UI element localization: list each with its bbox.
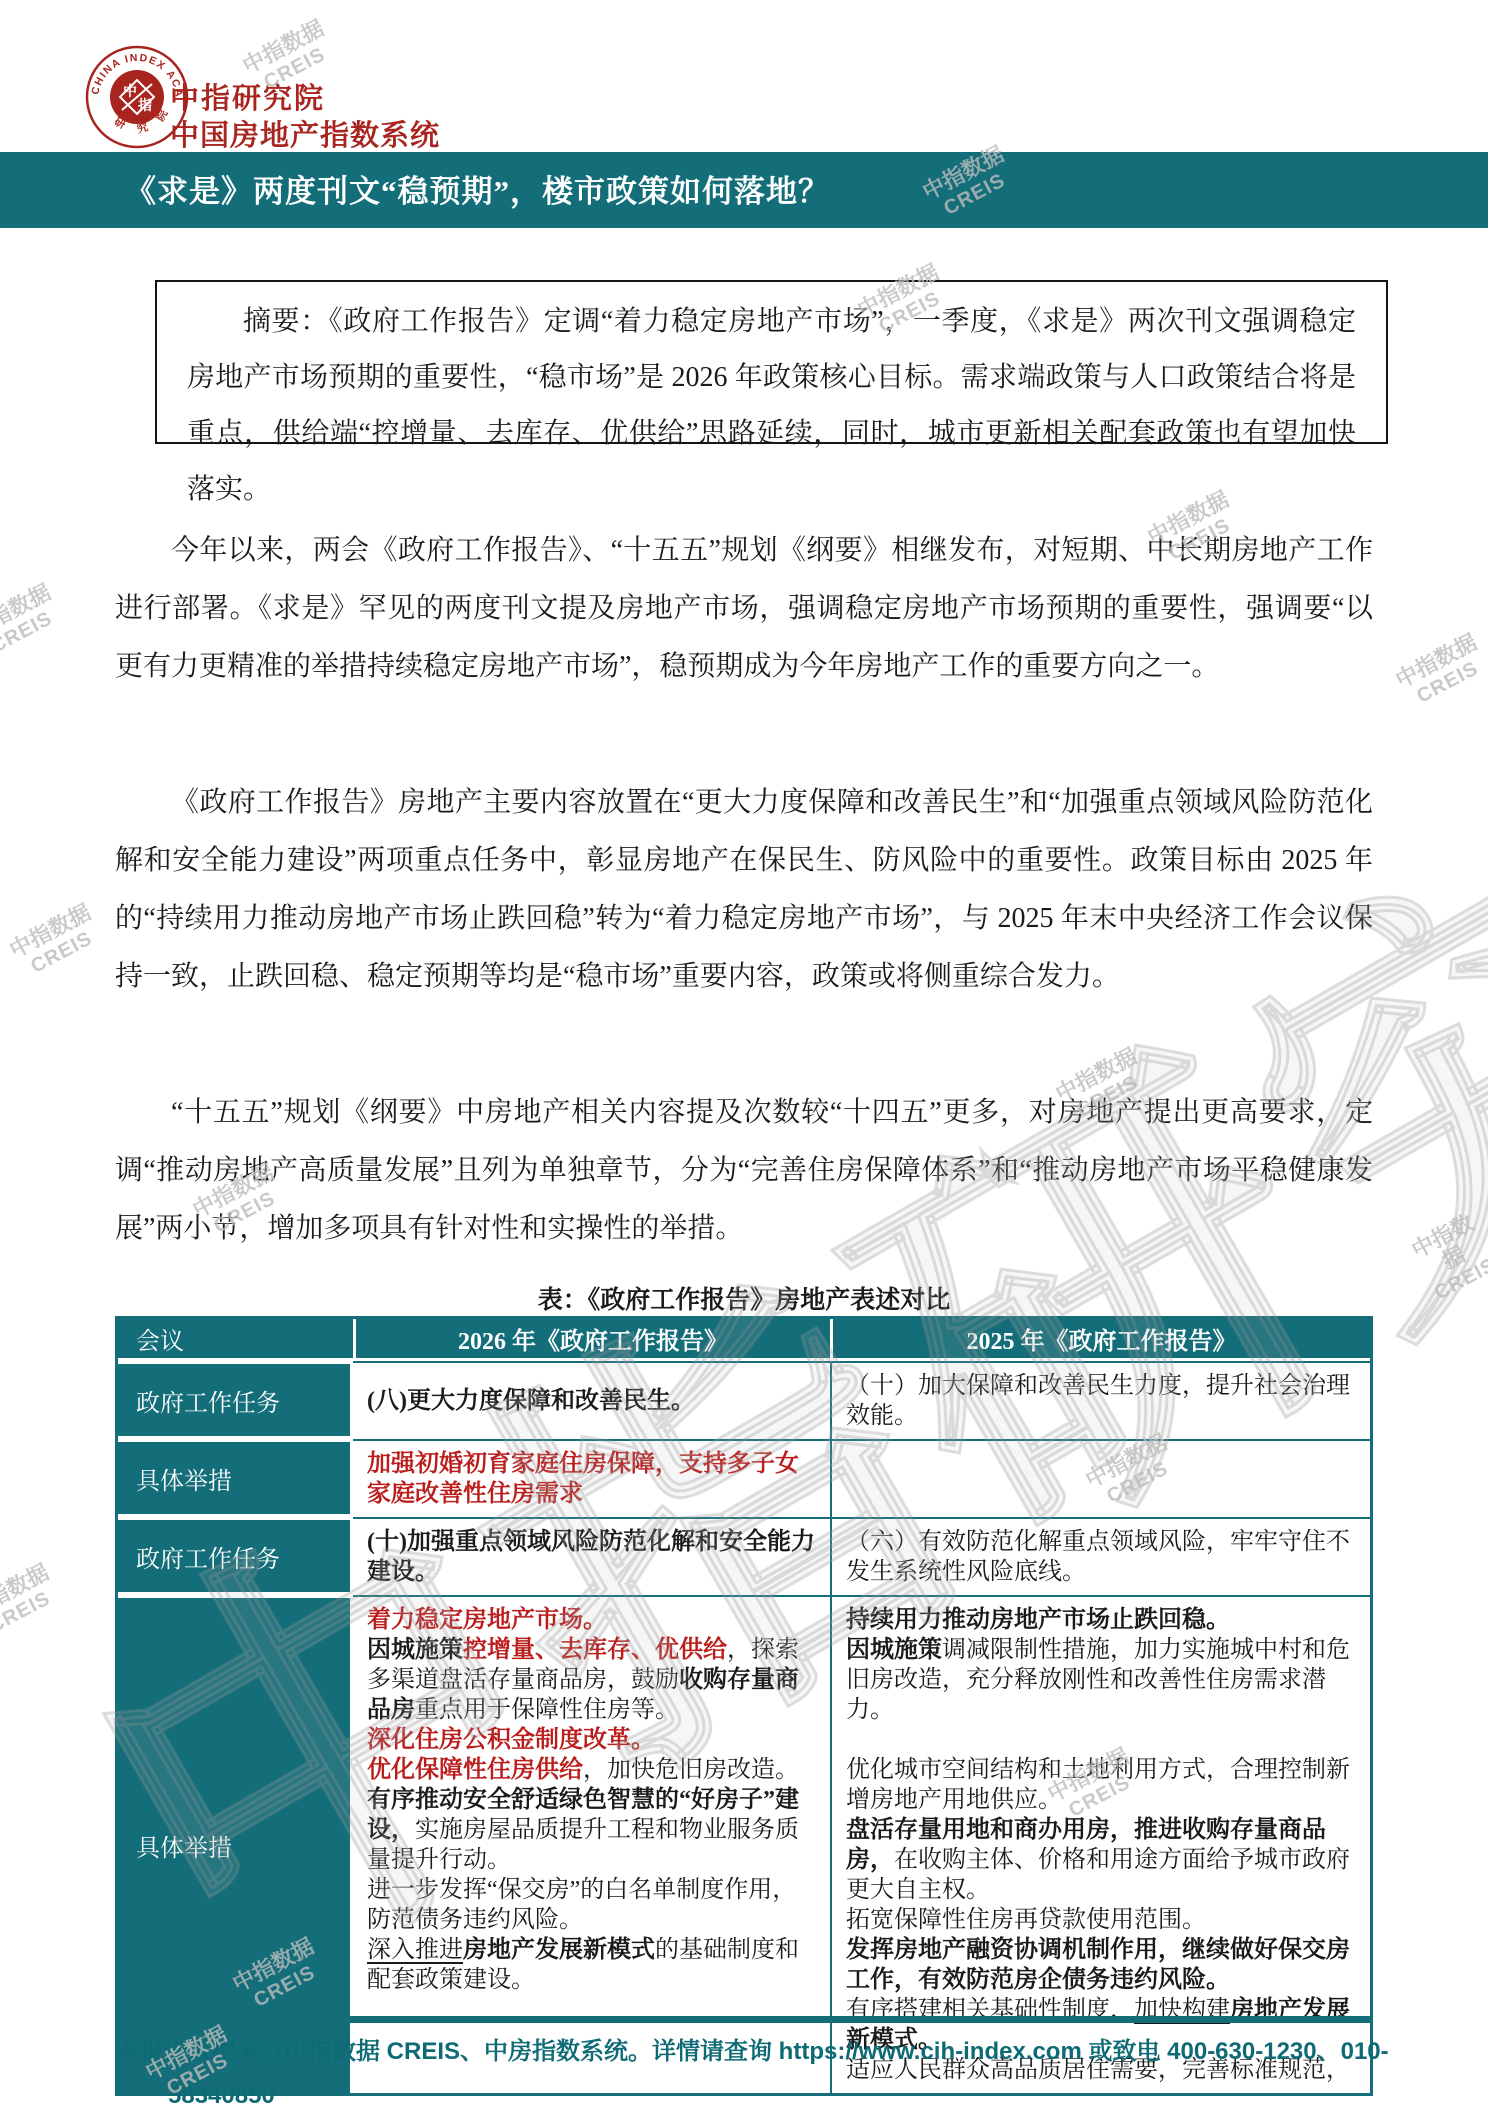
cell-2026-task-1: (八)更大力度保障和改善民生。 [353,1361,830,1439]
page-title: 《求是》两度刊文“稳预期”，楼市政策如何落地？ [125,152,830,228]
table-row-task-1: 政府工作任务 (八)更大力度保障和改善民生。 （十）加大保障和改善民生力度，提升… [118,1361,1370,1439]
svg-text:中: 中 [123,83,137,99]
policy-comparison-table: 会议 2026 年《政府工作报告》 2025 年《政府工作报告》 政府工作任务 … [115,1316,1373,2096]
svg-text:指: 指 [138,97,152,113]
title-band: 《求是》两度刊文“稳预期”，楼市政策如何落地？ [0,152,1488,228]
cell-2026-measures-1: 加强初婚初育家庭住房保障，支持多子女家庭改善性住房需求 [353,1439,830,1517]
table-caption: 表：《政府工作报告》房地产表述对比 [115,1280,1373,1316]
row-label-measures-1: 具体举措 [118,1439,353,1517]
body-paragraph-2: 《政府工作报告》房地产主要内容放置在“更大力度保障和改善民生”和“加强重点领域风… [115,774,1373,1006]
watermark-7: 中指数据CREIS [6,900,106,984]
col-header-meeting: 会议 [118,1319,353,1361]
row-label-task-2: 政府工作任务 [118,1517,353,1595]
table-row-task-2: 政府工作任务 (十)加强重点领域风险防范化解和安全能力建设。 （六）有效防范化解… [118,1517,1370,1595]
cell-2025-measures-1 [830,1439,1370,1517]
cell-2026-task-2: (十)加强重点领域风险防范化解和安全能力建设。 [353,1517,830,1595]
cell-2025-task-2: （六）有效防范化解重点领域风险，牢牢守住不发生系统性风险底线。 [830,1517,1370,1595]
system-name: 中国房地产指数系统 [170,113,440,154]
body-paragraph-1: 今年以来，两会《政府工作报告》、“十五五”规划《纲要》相继发布，对短期、中长期房… [115,522,1373,696]
col-header-2026: 2026 年《政府工作报告》 [353,1319,830,1361]
body-paragraph-3: “十五五”规划《纲要》中房地产相关内容提及次数较“十四五”更多，对房地产提出更高… [115,1084,1373,1258]
abstract-box: 摘要：《政府工作报告》定调“着力稳定房地产市场”，一季度，《求是》两次刊文强调稳… [155,280,1388,444]
table-header-row: 会议 2026 年《政府工作报告》 2025 年《政府工作报告》 [118,1319,1370,1361]
footer-divider [115,2016,1373,2023]
watermark-12: 中指数据CREIS [0,1560,64,1644]
report-page: { "colors": { "accent_teal": "#146E79", … [0,0,1488,2104]
footer-phone-overflow: 58340850 [168,2082,275,2104]
col-header-2025: 2025 年《政府工作报告》 [830,1319,1370,1361]
table-row-measures-1: 具体举措 加强初婚初育家庭住房保障，支持多子女家庭改善性住房需求 [118,1439,1370,1517]
watermark-6: 中指数据CREIS [0,580,66,664]
cell-2025-task-1: （十）加大保障和改善民生力度，提升社会治理效能。 [830,1361,1370,1439]
watermark-10: 中指数据CREIS [1407,1210,1488,1305]
abstract-text: 摘要：《政府工作报告》定调“着力稳定房地产市场”，一季度，《求是》两次刊文强调稳… [187,294,1356,518]
watermark-5: 中指数据CREIS [1392,630,1488,714]
row-label-task-1: 政府工作任务 [118,1361,353,1439]
org-name: 中指研究院 [170,76,325,117]
footer-note: 本报告数据来自中指数据 CREIS、中房指数系统。详情请查询 https://w… [116,2031,1456,2066]
